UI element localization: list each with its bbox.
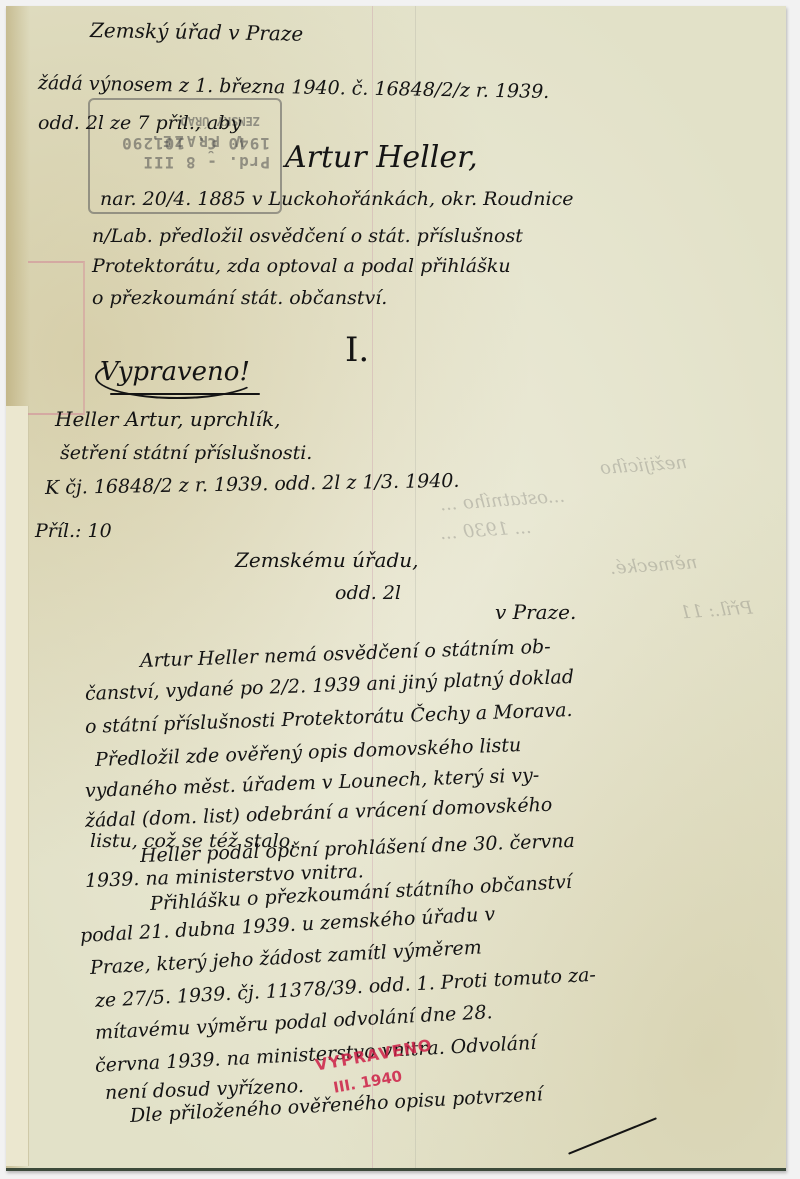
recipient-line: Zemskému úřadu, xyxy=(235,548,419,572)
underline xyxy=(110,393,260,395)
header-line: o přezkoumání stát. občanství. xyxy=(92,287,387,309)
recipient-line: v Praze. xyxy=(495,600,576,624)
section-mark: I. xyxy=(345,330,369,370)
header-line: Protektorátu, zda optoval a podal přihlá… xyxy=(92,255,511,277)
torn-left-edge xyxy=(6,406,29,1166)
subject-line: Heller Artur, uprchlík, xyxy=(55,407,280,431)
attachments-count: Příl.: 10 xyxy=(35,520,112,542)
department-line: odd. 2l ze 7 přil., aby xyxy=(38,112,241,134)
stamp-line: Prd. - 8 III 1940 Č. 101290 xyxy=(90,134,270,172)
birth-line: nar. 20/4. 1885 v Luckohořánkách, okr. R… xyxy=(100,188,574,210)
header-line: n/Lab. předložil osvědčení o stát. přísl… xyxy=(92,225,523,247)
recipient-line: odd. 2l xyxy=(335,582,401,604)
subject-name: Artur Heller, xyxy=(285,140,478,175)
subject-line: šetření státní příslušnosti. xyxy=(60,442,312,464)
addressee-line: Zemský úřad v Praze xyxy=(90,18,304,46)
stamp-line: III. 1940 xyxy=(332,1067,403,1097)
faint-margin-stamp xyxy=(28,261,85,415)
vypraveno-label: Vypraveno! xyxy=(100,357,250,387)
